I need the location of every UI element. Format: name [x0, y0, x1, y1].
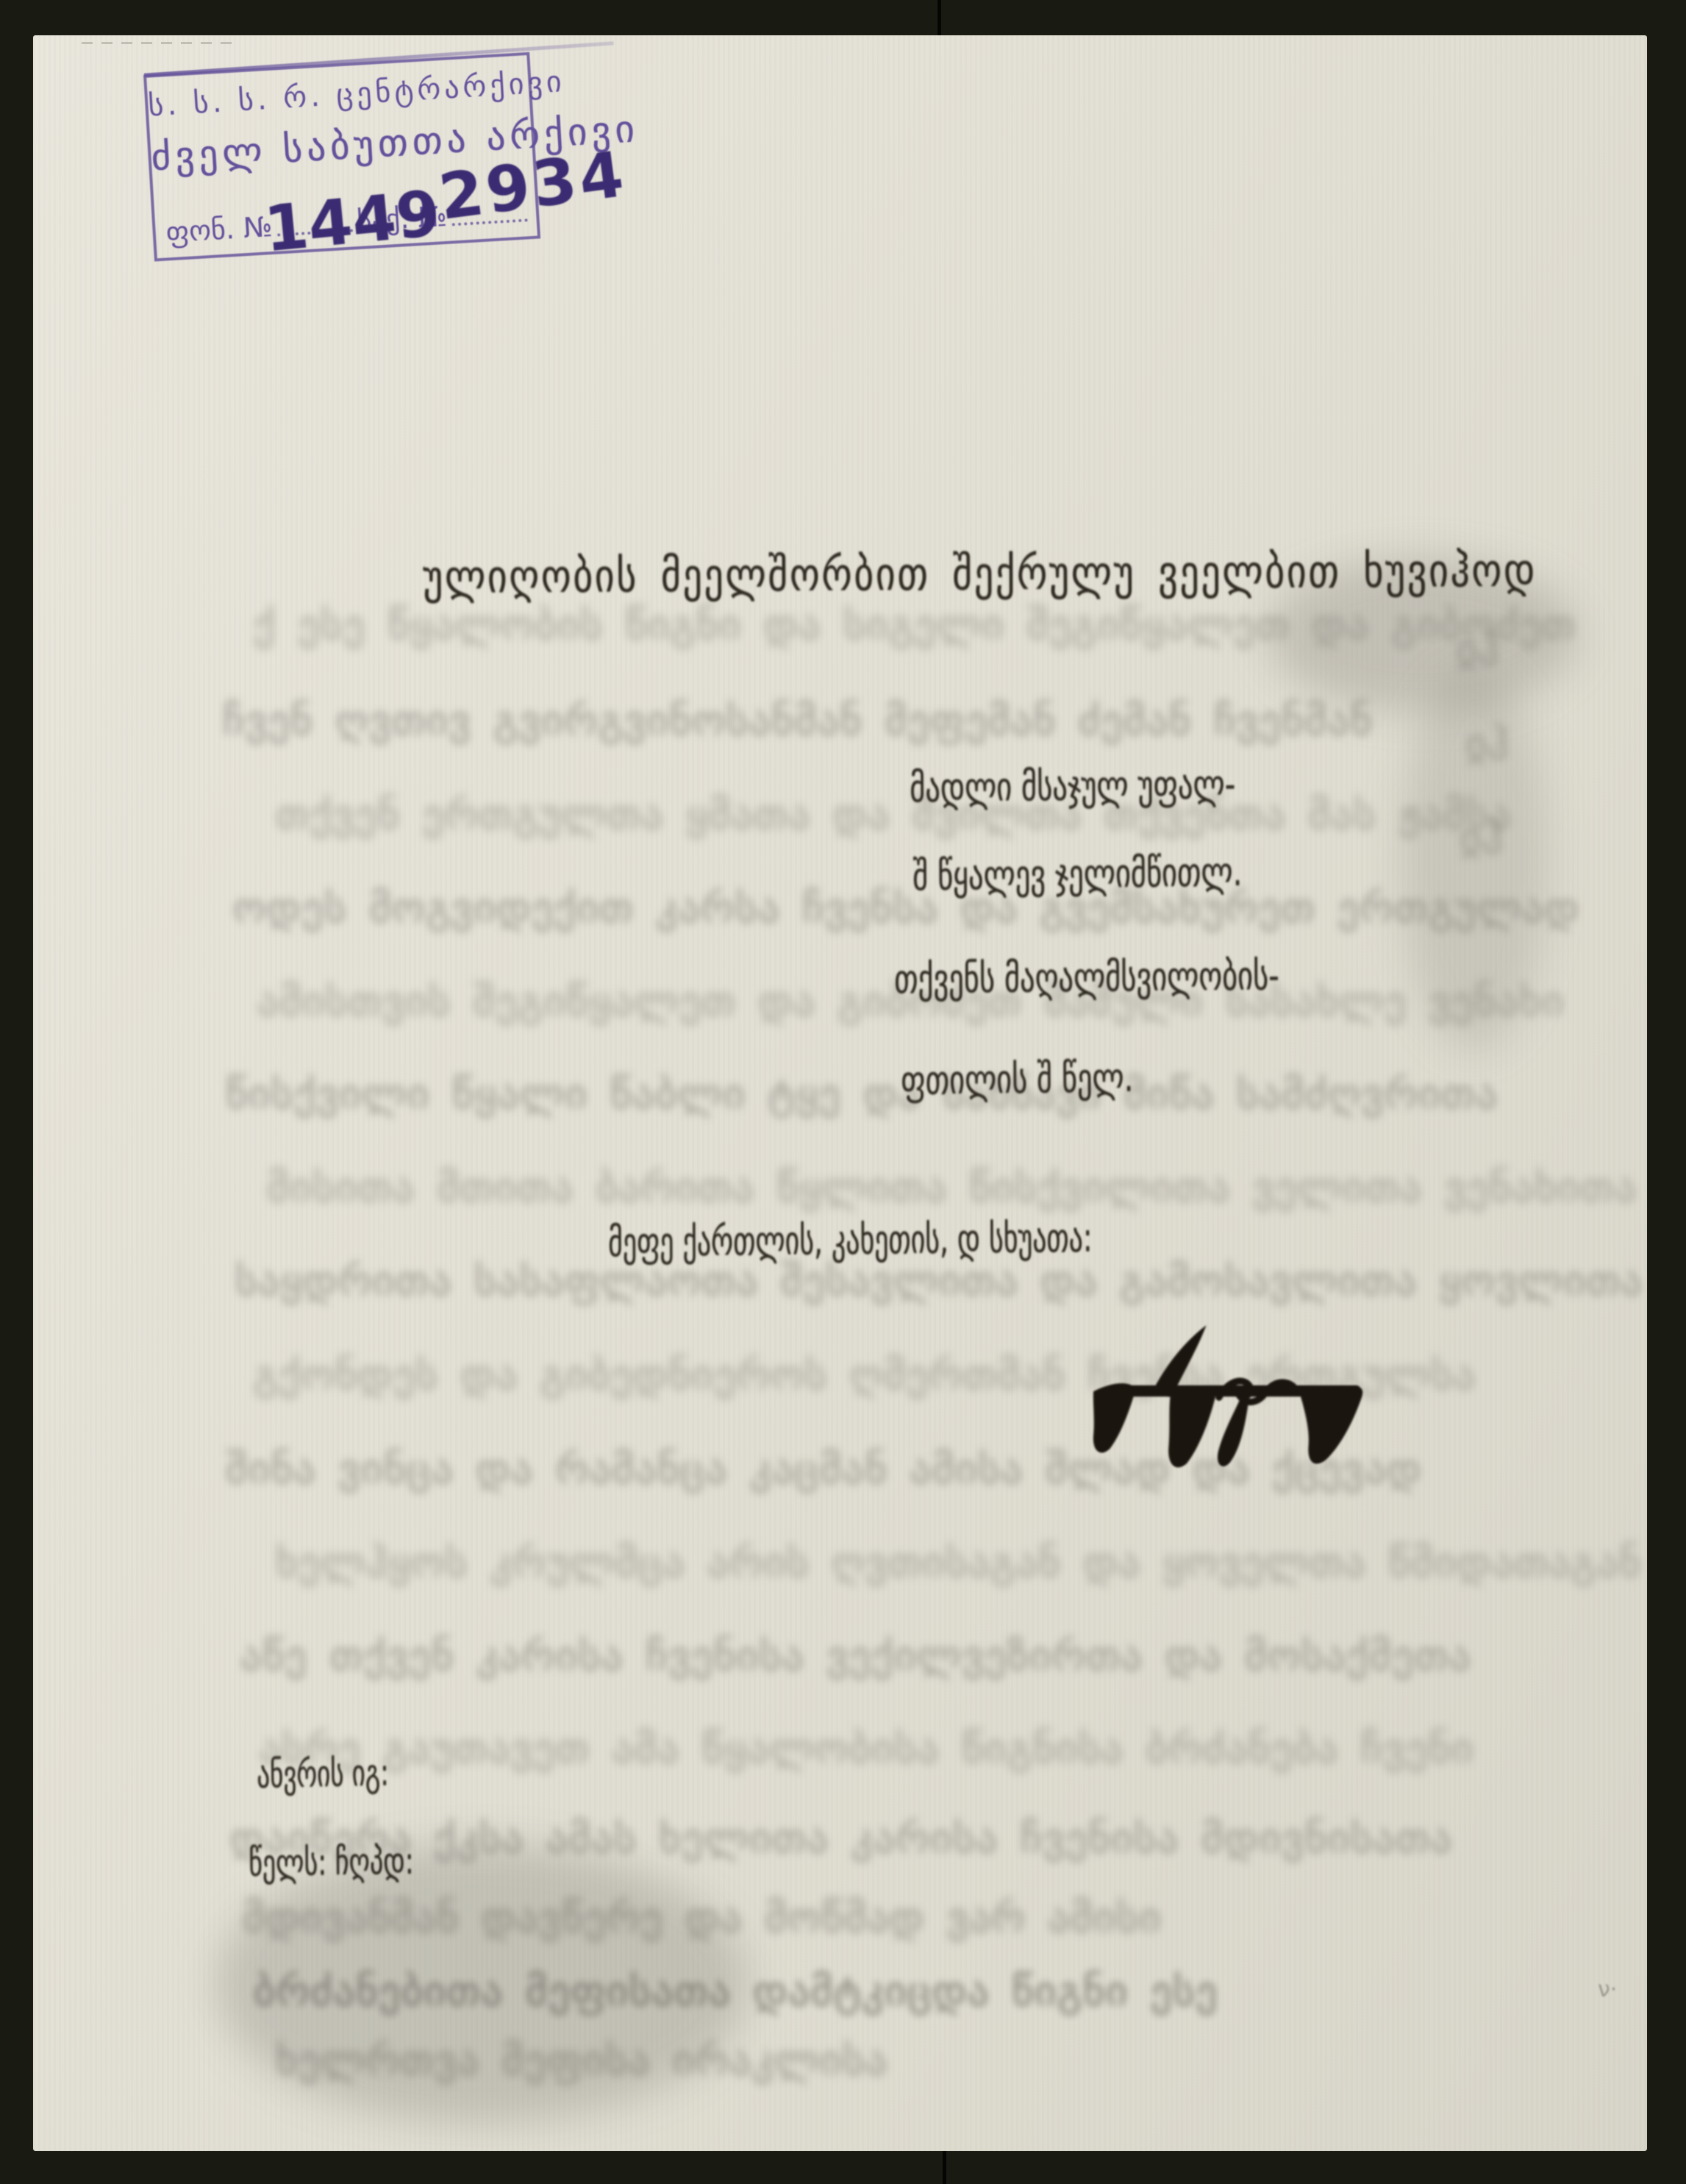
ghost-smudge: [217, 1844, 746, 2124]
manuscript-date-line-2: წელს: ჩღპდ:: [249, 1840, 414, 1885]
ghost-line: წისქვილი წყალი წაბლი ტყე და სახნავი მიწა…: [226, 1071, 1499, 1118]
ghost-line: ასრე გაუთავეთ ამა წყალობისა წიგნისა ბრძა…: [260, 1725, 1474, 1773]
ghost-line: აწე თქვენ კარისა ჩვენისა ვექილვეზირთა და…: [240, 1632, 1472, 1680]
stamp-fond-label: ფონ. №: [165, 210, 273, 249]
manuscript-invocation-line-2: შ წყალევ ჯელიმწითლ.: [912, 849, 1243, 899]
scanner-crease-bottom: [943, 2151, 946, 2184]
ghost-smudge: [1401, 668, 1548, 1050]
manuscript-address-line-2: ფთილის შ წელ.: [901, 1054, 1134, 1104]
ghost-line: ჩვენ ღვთივ გვირგვინოსანმან მეფემან ძემან…: [223, 697, 1374, 745]
ghost-line: თქვენ ერთგულთა ყმათა და შვილთა თქვენთა მ…: [276, 791, 1512, 839]
archive-stamp: ს. ს. ს. რ. ცენტრარქივი ძველ საბუთთა არქ…: [143, 52, 540, 262]
ghost-line: ხელჰყოს კრულმცა არის ღვთისაგან და ყოველთ…: [276, 1539, 1643, 1587]
manuscript-date-line-1: ანვრის იგ:: [257, 1751, 389, 1796]
manuscript-page: ს. ს. ს. რ. ცენტრარქივი ძველ საბუთთა არქ…: [33, 35, 1647, 2151]
manuscript-invocation-line-1: მადლი მსაჯულ უფალ-: [910, 761, 1235, 811]
scanned-document: ს. ს. ს. რ. ცენტრარქივი ძველ საბუთთა არქ…: [0, 0, 1686, 2184]
scanner-crease-top: [937, 0, 941, 35]
archival-pencil-mark: ν·: [1598, 1977, 1617, 2002]
stamp-line-1: ს. ს. ს. რ. ცენტრარქივი: [147, 67, 529, 124]
manuscript-title-line: ულიღობის მეელშორბით შექრულუ ვეელბით ხუვი…: [423, 543, 1537, 604]
ghost-line: ოდეს მოგვიდექით კარსა ჩვენსა და გვემსახუ…: [233, 885, 1580, 932]
manuscript-kings-line: მეფე ქართლის, კახეთის, დ სხუათა:: [608, 1214, 1093, 1266]
royal-signature-monogram-icon: [1079, 1322, 1366, 1488]
ghost-line: საყდრითა სასაფლაოთა შესავლითა და გამოსავ…: [235, 1257, 1643, 1305]
stamp-fond-number: 1449: [261, 176, 443, 266]
manuscript-address-line-1: თქვენს მაღალმსვილობის-: [894, 952, 1279, 1002]
ghost-line: მისითა მთითა ბარითა წყლითა წისქვილითა ვე…: [267, 1164, 1637, 1212]
paper-edge-mark: [82, 42, 240, 44]
